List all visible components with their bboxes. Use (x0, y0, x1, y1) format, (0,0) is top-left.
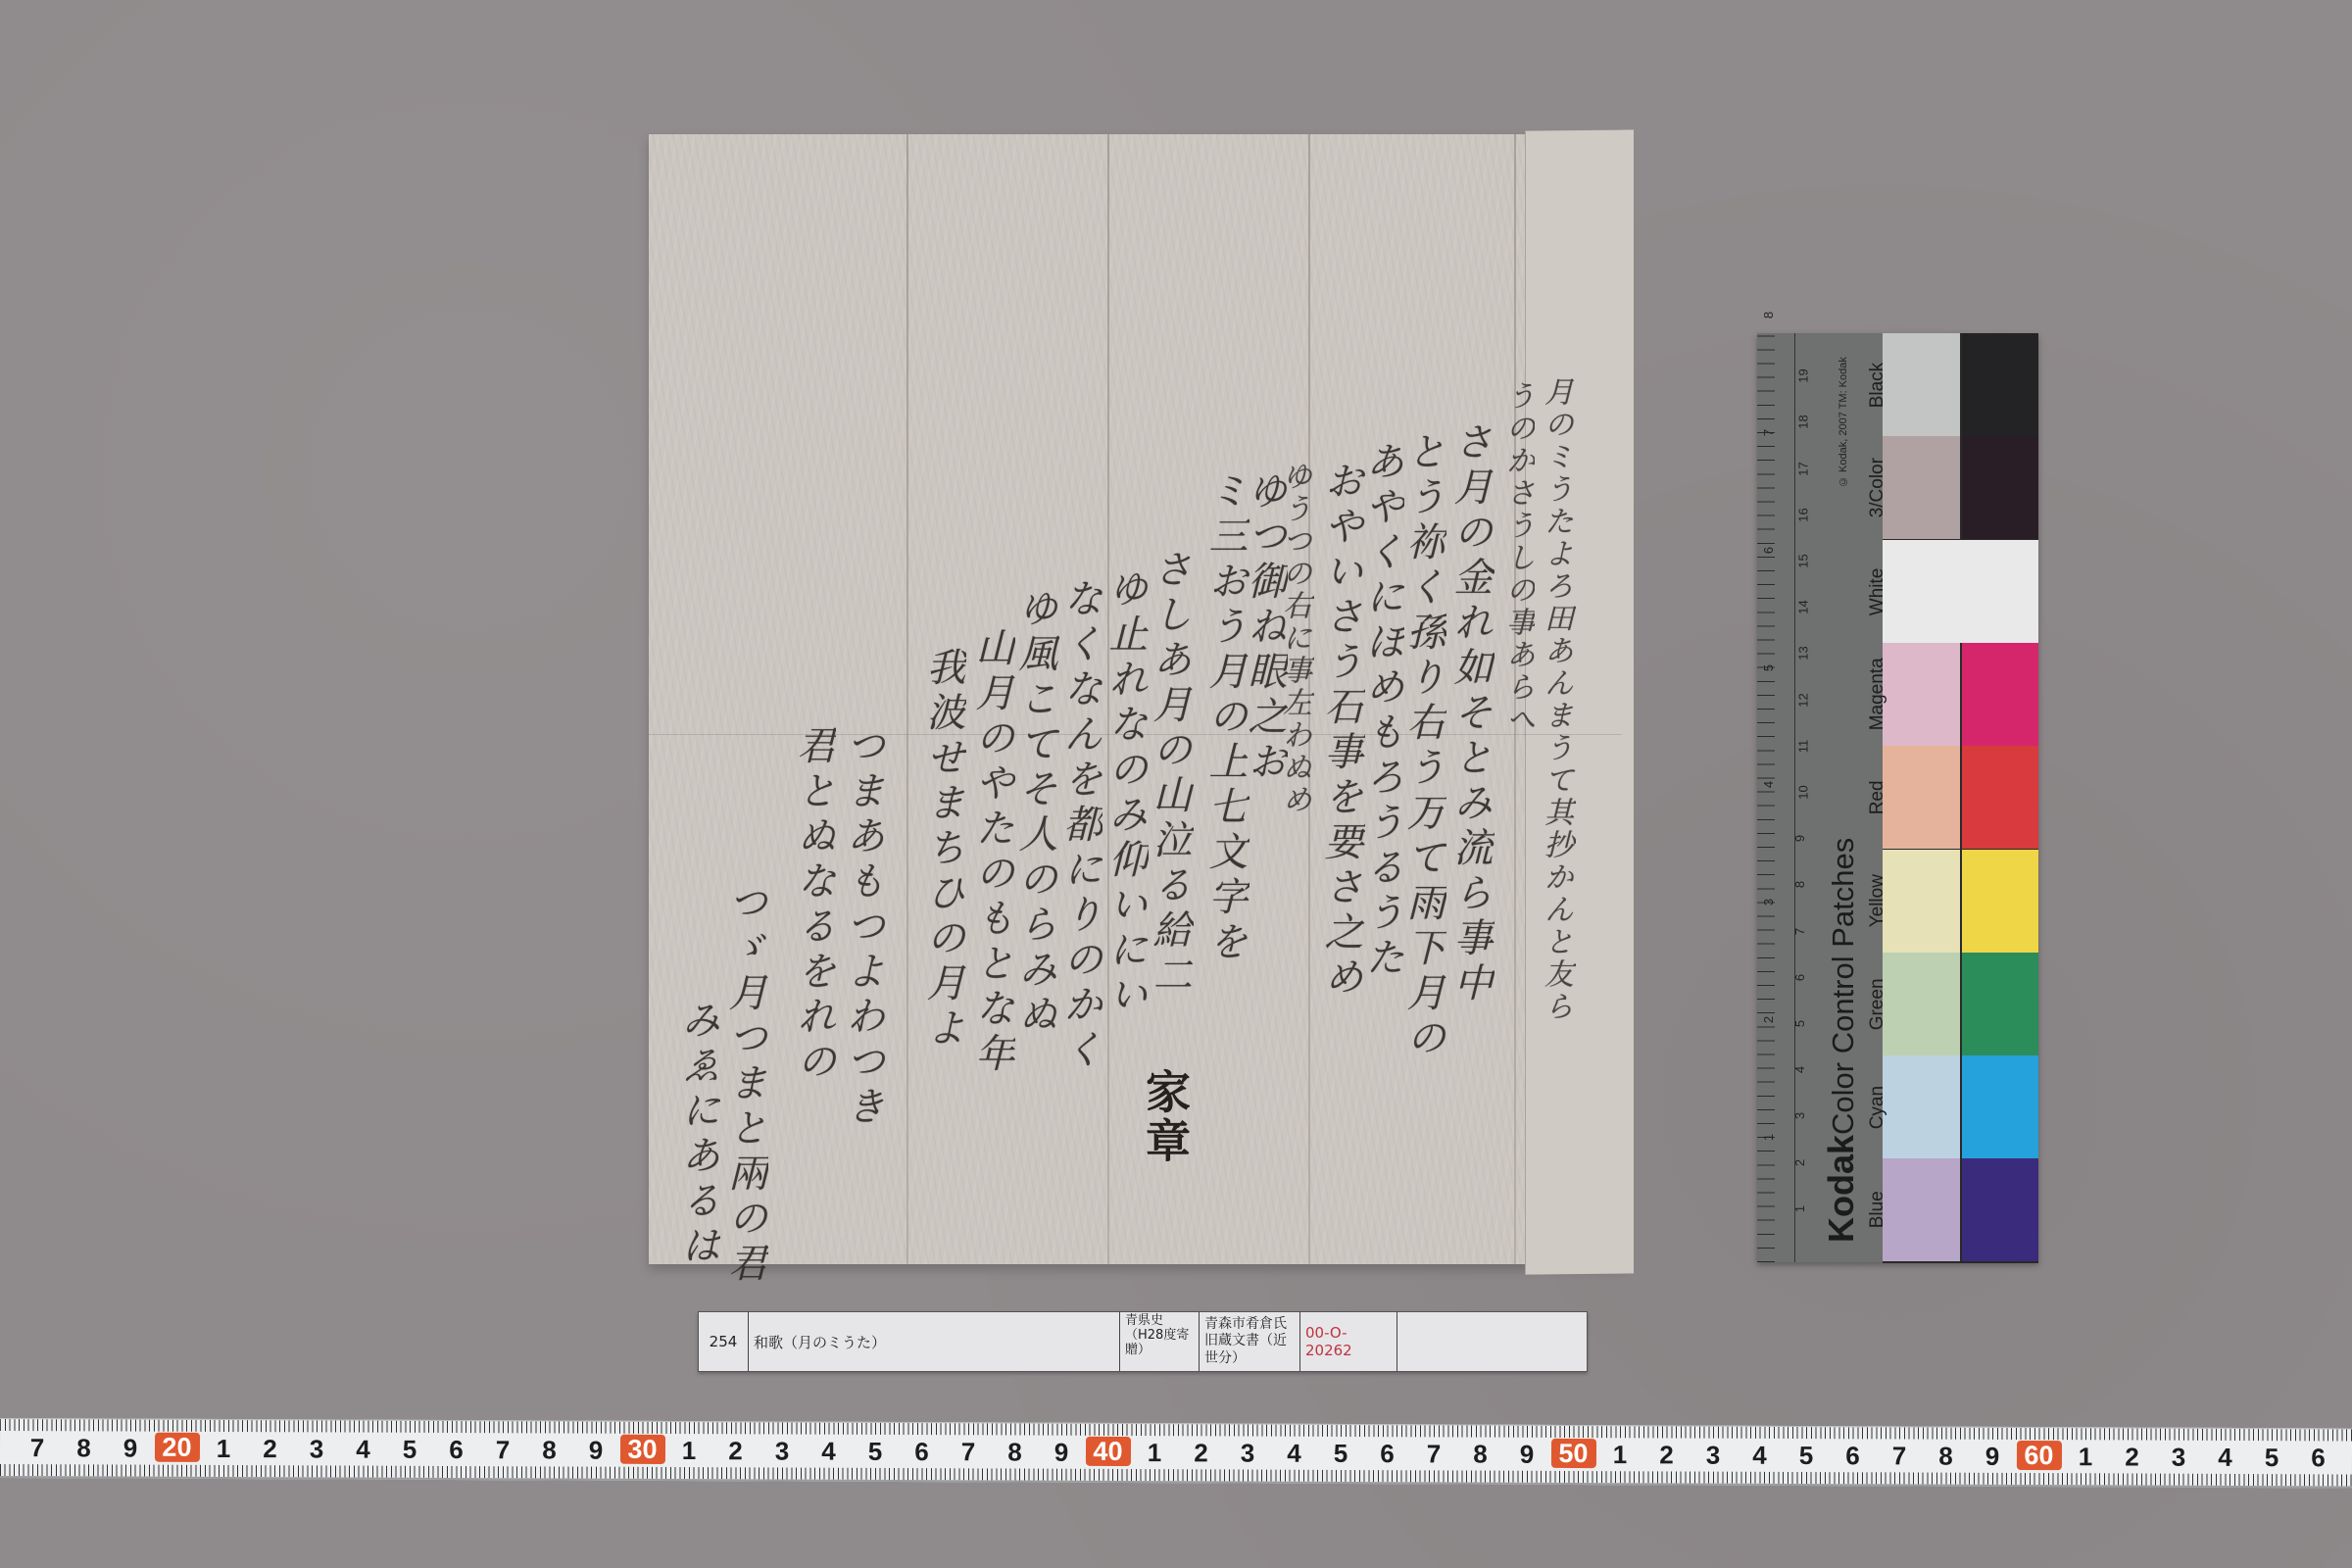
calligraphy-column: ミ三おう月の上七文字を (1205, 470, 1245, 966)
tape-number: 8 (1462, 1440, 1497, 1470)
label-number: 254 (699, 1312, 749, 1371)
label-title: 和歌（月のミうた） (749, 1312, 1120, 1371)
color-patch (1883, 1055, 1962, 1158)
tape-number: 5 (2254, 1443, 2289, 1473)
color-patch (1883, 333, 1962, 436)
tape-number: 4 (345, 1435, 380, 1465)
tape-number: 7 (1882, 1441, 1917, 1471)
patch-row-3-color (1883, 436, 2038, 541)
tape-number: 3 (1695, 1441, 1731, 1471)
tape-number: 4 (810, 1437, 846, 1467)
tape-number: 1 (206, 1434, 241, 1464)
ruler-cm-mark: 10 (1796, 785, 1811, 799)
tape-number: 7 (485, 1435, 520, 1465)
ruler-inch-mark: 5 (1761, 663, 1776, 670)
tape-number: 9 (1975, 1442, 2010, 1472)
tape-number: 2 (1183, 1438, 1218, 1468)
ruler-cm-mark: 4 (1792, 1066, 1807, 1073)
tape-number: 5 (1788, 1441, 1824, 1471)
tape-number: 1 (2068, 1442, 2103, 1472)
calligraphy-column: うのかさうしの事あらへ (1502, 380, 1532, 736)
ruler-inch-mark: 7 (1761, 429, 1776, 436)
ruler-inch-mark: 8 (1761, 312, 1776, 318)
tape-number: 7 (1416, 1439, 1451, 1469)
ruler-cm-mark: 12 (1796, 693, 1811, 707)
tape-number: 9 (113, 1434, 148, 1464)
tape-number: 9 (1044, 1438, 1079, 1468)
calligraphy-column: あやくにほめもろうるうた (1362, 441, 1401, 982)
tape-number: 1 (1137, 1438, 1172, 1468)
tape-number: 7 (951, 1437, 986, 1467)
kodak-logo: Kodak (1821, 1135, 1862, 1243)
card-title: Color Control Patches (1826, 838, 1861, 1135)
calligraphy-column: 我波せまちひの月よ (923, 647, 962, 1053)
ruler-cm-mark: 19 (1796, 368, 1811, 382)
patch-row-magenta (1883, 643, 2038, 748)
color-patch (1883, 540, 2038, 643)
calligraphy-column: 山月のやたのもとな年 (972, 627, 1011, 1078)
tape-number: 4 (1276, 1439, 1311, 1469)
patch-row-black (1883, 333, 2038, 438)
patch-label: 3/Color (1863, 436, 1892, 539)
ruler-cm-mark: 3 (1792, 1112, 1807, 1119)
tape-number: 3 (299, 1434, 334, 1464)
color-patch (1962, 1055, 2039, 1158)
color-patch (1962, 643, 2039, 746)
ruler-cm-mark: 16 (1796, 508, 1811, 521)
patch-label: Cyan (1863, 1055, 1892, 1158)
tape-number: 6 (2300, 1443, 2335, 1473)
patch-label: Yellow (1863, 850, 1892, 953)
fold-line (906, 134, 908, 1264)
tape-number: 3 (1230, 1438, 1265, 1468)
ruler-cm-mark: 17 (1796, 462, 1811, 475)
tape-decade-marker: 40 (1085, 1437, 1130, 1466)
tape-number: 5 (857, 1437, 893, 1467)
measuring-tape: 7892012345678930123456789401234567895012… (0, 1418, 2352, 1488)
tape-number: 8 (531, 1435, 566, 1465)
kodak-color-card: Kodak Color Control Patches © Kodak, 200… (1757, 333, 2038, 1262)
ruler-cm-mark: 7 (1792, 927, 1807, 934)
calligraphy-column: なくなんを都にりのかく (1060, 578, 1100, 1074)
color-patch (1883, 850, 1962, 953)
patch-row-yellow (1883, 850, 2038, 955)
tape-number: 6 (1835, 1441, 1870, 1471)
color-patch (1962, 333, 2039, 436)
tape-number: 7 (2347, 1443, 2352, 1473)
tape-number: 9 (1509, 1440, 1544, 1470)
tape-decade-marker: 20 (154, 1433, 199, 1462)
card-copyright: © Kodak, 2007 TM: Kodak (1837, 357, 1849, 602)
tape-number: 4 (2207, 1443, 2242, 1473)
label-collection: 青森市肴倉氏旧蔵文書（近世分） (1200, 1312, 1300, 1371)
ruler-cm-mark: 13 (1796, 647, 1811, 661)
tape-number: 6 (1369, 1439, 1404, 1469)
ruler-cm-mark: 11 (1795, 740, 1810, 754)
color-patch (1883, 746, 1962, 849)
color-patches (1883, 333, 2038, 1262)
ruler-inch-mark: 3 (1761, 899, 1776, 906)
patch-row-white (1883, 540, 2038, 645)
calligraphy-column: つゞ月つまと兩の君 (725, 882, 764, 1288)
ruler-cm-mark: 18 (1796, 416, 1811, 429)
color-patch (1883, 953, 1962, 1055)
catalog-label: 254 和歌（月のミうた） 青県史（H28度寄贈） 青森市肴倉氏旧蔵文書（近世分… (698, 1311, 1588, 1372)
tape-decade-marker: 30 (619, 1435, 664, 1464)
tape-number: 9 (578, 1436, 613, 1466)
calligraphy-column: つまあもつよわつき (843, 725, 882, 1131)
calligraphy-column: ゆつ御ね眼之お (1245, 470, 1284, 786)
ruler-cm-mark: 1 (1792, 1205, 1807, 1212)
calligraphy-column: おやいさう石事を要さ之め (1321, 461, 1360, 1002)
patch-label: Magenta (1863, 643, 1892, 746)
signature: 家章 (1133, 1068, 1198, 1166)
patch-row-blue (1883, 1158, 2038, 1263)
patch-label: Black (1863, 333, 1892, 436)
ruler-cm-mark: 2 (1792, 1158, 1807, 1165)
ruler-cm-mark: 15 (1796, 554, 1811, 567)
card-ruler-ticks (1757, 333, 1794, 1262)
patch-row-green (1883, 953, 2038, 1057)
patch-label: Blue (1863, 1158, 1892, 1261)
patch-label: Green (1863, 953, 1892, 1055)
ruler-inch-mark: 4 (1761, 781, 1776, 788)
patch-label: Red (1863, 746, 1892, 849)
tape-number: 8 (997, 1437, 1032, 1467)
patch-row-red (1883, 746, 2038, 851)
color-patch (1962, 850, 2039, 953)
calligraphy-column: ゆ風こてそ人のらみぬ (1015, 588, 1054, 1039)
tape-number: 3 (2161, 1443, 2196, 1473)
tape-number: 2 (252, 1434, 287, 1464)
color-patch (1962, 953, 2039, 1055)
tape-number: 5 (1323, 1439, 1358, 1469)
color-patch (1962, 746, 2039, 849)
patch-row-cyan (1883, 1055, 2038, 1160)
tape-number: 4 (1741, 1441, 1777, 1471)
tape-number: 2 (717, 1436, 753, 1466)
color-patch (1962, 1158, 2039, 1261)
card-ruler (1757, 333, 1795, 1262)
calligraphy-column: 君とぬなるをれの (794, 725, 833, 1086)
tape-number: 2 (1648, 1440, 1684, 1470)
calligraphy-column: ゆ止れなのみ仰いにい (1105, 568, 1145, 1019)
calligraphy-column: とう祢く孫り右う万て雨下月の (1403, 431, 1443, 1062)
tape-number: 1 (671, 1436, 707, 1466)
ruler-inch-mark: 1 (1761, 1134, 1776, 1141)
ruler-cm-mark: 9 (1792, 835, 1807, 842)
tape-number: 1 (1602, 1440, 1638, 1470)
tape-number: 6 (904, 1437, 939, 1467)
label-blank-cell (1397, 1312, 1587, 1371)
ruler-inch-mark: 2 (1761, 1016, 1776, 1023)
calligraphy-column: みゑにあるは (678, 1000, 717, 1270)
patch-label: White (1863, 540, 1892, 643)
color-patch (1883, 436, 1962, 539)
color-patch (1883, 643, 1962, 746)
ruler-cm-mark: 5 (1792, 1020, 1807, 1027)
calligraphy-column: さ月の金れ如そとみ流ら事中 (1450, 421, 1490, 1007)
tape-number: 6 (438, 1435, 473, 1465)
tape-number: 7 (20, 1433, 55, 1463)
calligraphy-column: さしあ月の山泣る給二 (1150, 549, 1189, 1000)
ruler-cm-mark: 14 (1796, 600, 1811, 613)
calligraphy-column: 月のミうたよろ田あんまうて其抄かんと友ら (1541, 376, 1570, 1023)
color-patch (1883, 1158, 1962, 1261)
label-catalog-id: 00-O-20262 (1300, 1312, 1397, 1371)
tape-number: 5 (392, 1435, 427, 1465)
ruler-cm-mark: 6 (1792, 974, 1807, 981)
tape-decade-marker: 50 (1550, 1439, 1595, 1468)
color-patch (1962, 436, 2039, 539)
ruler-cm-mark: 8 (1792, 881, 1807, 888)
tape-decade-marker: 60 (2016, 1441, 2061, 1470)
label-source: 青県史（H28度寄贈） (1120, 1312, 1200, 1371)
tape-number: 8 (1928, 1442, 1963, 1472)
tape-number: 2 (2114, 1442, 2149, 1472)
ruler-inch-mark: 6 (1761, 547, 1776, 554)
tape-number: 3 (764, 1436, 800, 1466)
tape-number: 8 (66, 1433, 101, 1463)
